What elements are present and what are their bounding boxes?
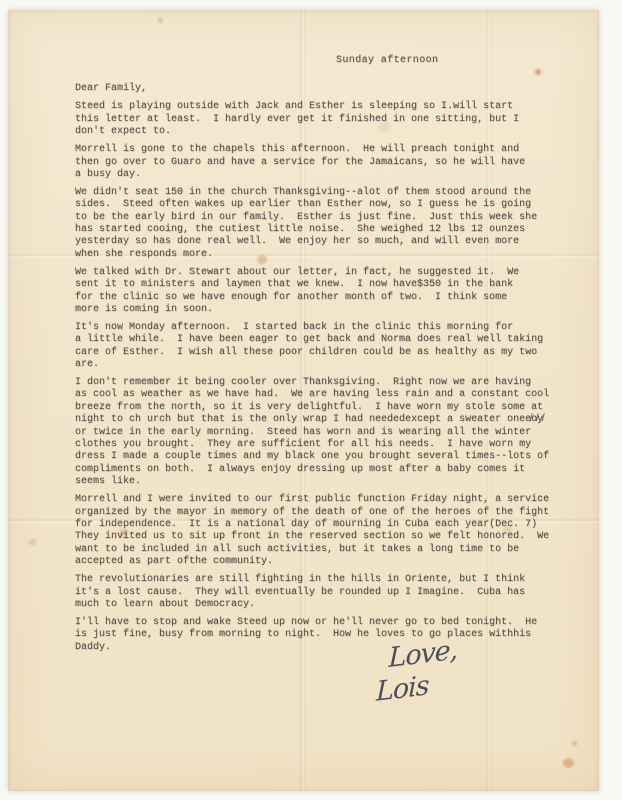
- stain: [158, 18, 163, 23]
- paragraph-7: Morrell and I were invited to our first …: [75, 494, 567, 568]
- paragraph-4: We talked with Dr. Stewart about our let…: [75, 267, 567, 317]
- stain: [29, 539, 36, 545]
- letter-body: Dear Family, Steed is playing outside wi…: [75, 83, 567, 660]
- letter-page: Sunday afternoon Dear Family, Steed is p…: [8, 10, 599, 791]
- salutation: Dear Family,: [75, 83, 567, 95]
- stain: [572, 741, 577, 746]
- paragraph-5: It's now Monday afternoon. I started bac…: [75, 322, 567, 372]
- paragraph-2: Morrell is gone to the chapels this afte…: [75, 144, 567, 181]
- stain: [563, 758, 574, 768]
- paragraph-1: Steed is playing outside with Jack and E…: [75, 101, 567, 138]
- paragraph-6: I don't remember it being cooler over Th…: [75, 377, 567, 489]
- paragraph-3: We didn't seat 150 in the church Thanksg…: [75, 187, 567, 261]
- date-line: Sunday afternoon: [336, 55, 438, 66]
- stain: [535, 69, 541, 75]
- paragraph-8: The revolutionaries are still fighting i…: [75, 574, 567, 611]
